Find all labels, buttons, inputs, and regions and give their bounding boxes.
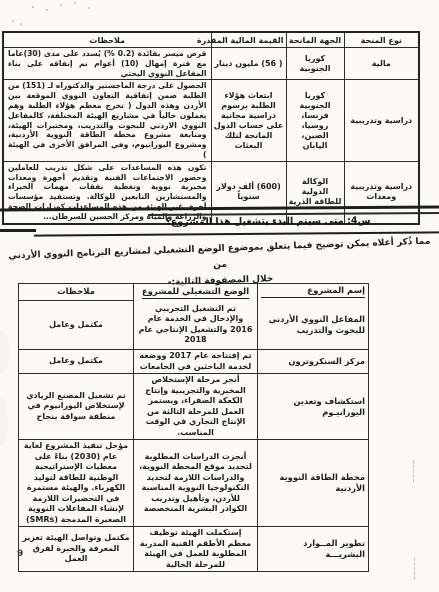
project-3-name: محطة الطاقة النووية الأردنية — [258, 440, 369, 527]
project-row: استكشاف وتعدين اليورانيـوم أنجز مرحلة ال… — [19, 374, 369, 440]
grant-0-value: ( 56) مليون دينار — [211, 48, 286, 80]
status-header-project-name: إسم المشروع — [258, 284, 369, 301]
scan-artifact-line — [413, 460, 414, 482]
project-0-status: تم التشغيل التجريبي والإدخال في الخدمة ع… — [134, 301, 258, 350]
question-heading: س4: متى سيتم البدء بتشغيل هذا المشروع؟ — [150, 215, 386, 228]
project-row: تطوير المــوارد البشريـــة إستكملت الهيئ… — [19, 527, 369, 572]
project-2-notes: تم تشغيل المصنع الريادي لإستخلاص اليوران… — [19, 374, 134, 440]
grants-table: نوع المنحة الجهة المانحة القيمة المالية … — [2, 31, 420, 225]
scan-artifact-smudge — [0, 330, 9, 374]
scan-artifact-dot — [74, 2, 76, 4]
grants-row: مالية كوريا الجنوبية ( 56) مليون دينار ق… — [3, 48, 419, 80]
project-2-status: أنجز مرحلة الإستخلاص المخبرية والتجريبية… — [134, 374, 258, 440]
status-header-operational-status: الوضع التشغيلي للمشروع — [134, 284, 258, 301]
grant-1-value: ابتعاث هؤلاء الطلبة برسوم دراسية مجانية … — [211, 80, 286, 161]
status-header-operational-status-label: الوضع التشغيلي للمشروع — [142, 287, 249, 299]
scan-artifact-line — [414, 558, 415, 580]
project-1-name: مركز السنكروترون — [258, 350, 369, 374]
grant-0-donor: كوريا الجنوبية — [286, 48, 344, 80]
status-header-row: إسم المشروع الوضع التشغيلي للمشروع ملاحظ… — [19, 284, 369, 301]
project-0-name: المفاعل النووي الأردني للبحوث والتدريب — [258, 301, 369, 350]
project-4-status: إستكملت الهيئة توظيف معظم الأطقم الفنية … — [134, 527, 258, 572]
project-0-notes: مكتمل وعامل — [19, 301, 134, 350]
status-header-project-name-label: إسم المشروع — [261, 286, 365, 298]
grant-1-donor: كوريا الجنوبية فرنسا، روسيا، الصين، اليا… — [286, 80, 344, 161]
grants-header-type: نوع المنحة — [344, 32, 419, 48]
project-1-status: تم إفتتاحه عام 2017 ووضعه لخدمة الباحثين… — [134, 350, 258, 374]
grants-header-donor: الجهة المانحة — [286, 32, 344, 48]
project-4-name: تطوير المــوارد البشريـــة — [258, 527, 369, 572]
scan-artifact-dot — [12, 20, 14, 22]
scan-artifact-dot — [88, 7, 90, 9]
separator-dash — [0, 229, 36, 232]
grant-1-type: دراسية وتدريبية — [344, 80, 419, 161]
grant-1-notes: الحصول على درجة الماجستير والدكتوراه لـ … — [3, 80, 211, 161]
scan-artifact-dot — [60, 4, 62, 6]
grant-0-notes: قرض ميسر بفائدة (0.2 %) يُسدد على مدى (3… — [3, 48, 211, 80]
grants-row: دراسية وتدريبية كوريا الجنوبية فرنسا، رو… — [3, 80, 419, 161]
project-status-table: إسم المشروع الوضع التشغيلي للمشروع ملاحظ… — [18, 283, 369, 572]
document-page: نوع المنحة الجهة المانحة القيمة المالية … — [0, 0, 439, 592]
status-header-notes: ملاحظات — [19, 284, 134, 301]
page-number: 9 — [17, 549, 23, 559]
project-2-name: استكشاف وتعدين اليورانيـوم — [258, 374, 369, 440]
project-4-notes: مكتمل وتواصل الهيئة تعزيز المعرفة والخبر… — [19, 527, 134, 572]
scan-artifact-smudge — [0, 396, 8, 446]
project-row: مركز السنكروترون تم إفتتاحه عام 2017 ووض… — [19, 350, 369, 374]
grants-header-notes: ملاحظات — [3, 32, 211, 48]
project-row: محطة الطاقة النووية الأردنية أنجزت الدرا… — [19, 440, 369, 527]
project-3-status: أنجزت الدراسات المطلوبة لتحديد موقع المح… — [134, 440, 258, 527]
grants-header-row: نوع المنحة الجهة المانحة القيمة المالية … — [3, 32, 419, 48]
scan-artifact-dot — [32, 6, 34, 8]
project-3-notes: مؤجل تنفيذ المشروع لغاية عام (2030) بناء… — [19, 440, 134, 527]
project-row: المفاعل النووي الأردني للبحوث والتدريب ت… — [19, 301, 369, 350]
scan-artifact-dot — [46, 9, 48, 11]
grants-header-value: القيمة المالية المقدرة — [211, 32, 286, 48]
scan-artifact-dot — [20, 23, 22, 25]
project-1-notes: مكتمل وعامل — [19, 350, 134, 374]
grant-0-type: مالية — [344, 48, 419, 80]
